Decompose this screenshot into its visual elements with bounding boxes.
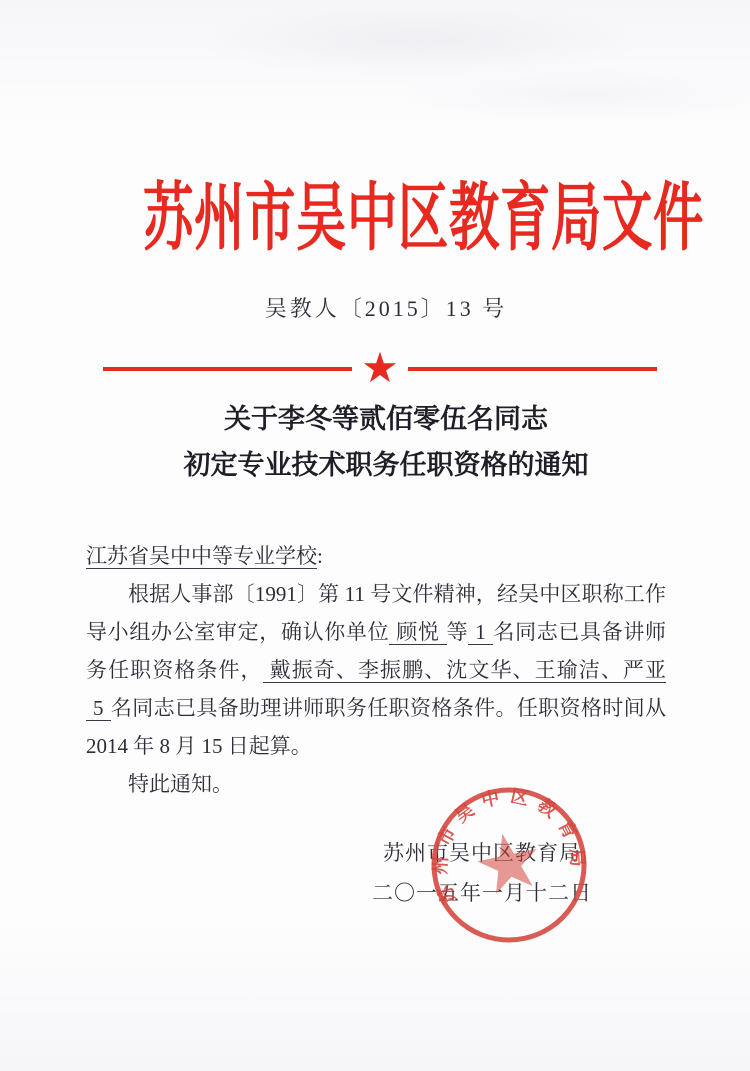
body-line: 2014 年 8 月 15 日起算。 (86, 727, 666, 765)
body-text-segment: 导小组办公室审定，确认你单位 (86, 620, 389, 644)
divider-line-left (103, 367, 352, 371)
body-line: 导小组办公室审定，确认你单位顾悦等1名同志已具备讲师职 (86, 613, 666, 651)
scanned-document-page: 苏州市吴中区教育局文件 吴教人〔2015〕13 号 ★ 关于李冬等贰佰零伍名同志… (0, 0, 750, 1071)
body-line: 5名同志已具备助理讲师职务任职资格条件。任职资格时间从 (86, 689, 666, 727)
salutation-school-name: 江苏省吴中中等专业学校 (86, 544, 317, 569)
red-divider: ★ (103, 350, 657, 388)
document-number: 吴教人〔2015〕13 号 (11, 292, 750, 323)
official-seal: 苏州市吴中区教育局 (428, 784, 590, 946)
seal-graphic: 苏州市吴中区教育局 (413, 769, 605, 961)
body-line: 根据人事部〔1991〕第 11 号文件精神，经吴中区职称工作领 (86, 575, 666, 613)
salutation-line: 江苏省吴中中等专业学校: (86, 537, 666, 575)
body-text-segment: 名同志已具备助理讲师职务任职资格条件。任职资格时间从 (111, 696, 667, 720)
document-title-line-2: 初定专业技术职务任职资格的通知 (11, 442, 750, 488)
underlined-name: 顾悦 (389, 620, 446, 645)
body-text-segment: 等 (447, 620, 469, 644)
underlined-count: 5 (86, 696, 111, 721)
document-title-line-1: 关于李冬等贰佰零伍名同志 (11, 396, 750, 442)
letterhead-title-text: 苏州市吴中区教育局文件 (143, 172, 704, 266)
document-body: 江苏省吴中中等专业学校: 根据人事部〔1991〕第 11 号文件精神，经吴中区职… (86, 537, 666, 803)
body-line: 务任职资格条件，戴振奇、李振鹏、沈文华、王瑜洁、严亚顺等 (86, 651, 666, 689)
underlined-count: 1 (468, 620, 493, 645)
salutation-colon: : (317, 544, 323, 568)
seal-star-icon (473, 827, 544, 896)
star-icon: ★ (361, 349, 399, 387)
divider-line-right (408, 367, 657, 371)
body-text-segment: 务任职资格条件， (86, 658, 263, 682)
document-title: 关于李冬等贰佰零伍名同志 初定专业技术职务任职资格的通知 (11, 396, 750, 488)
letterhead-title: 苏州市吴中区教育局文件 (11, 172, 750, 266)
